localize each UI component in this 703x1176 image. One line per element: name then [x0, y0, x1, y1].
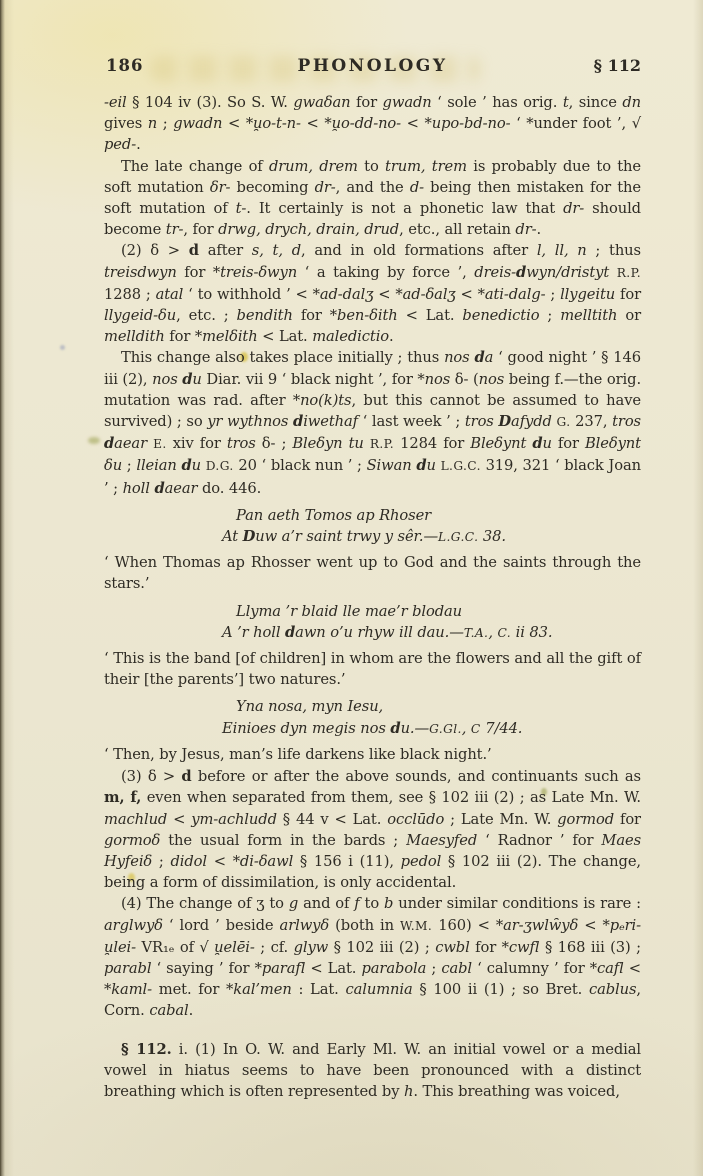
- paper-stain: [88, 437, 100, 444]
- text-run: treisdwyn: [104, 264, 177, 281]
- text-run: drwg, drych, drain, drud: [218, 221, 399, 238]
- text-run: d: [285, 624, 295, 641]
- text-run: melldith: [104, 328, 165, 345]
- section-number: § 112: [594, 56, 641, 75]
- text-run: C.: [497, 626, 511, 640]
- text-run: cwbl: [435, 939, 470, 956]
- text-run: *no(k)ts: [293, 392, 352, 409]
- text-run: aear: [114, 435, 147, 452]
- text-run: d: [182, 371, 192, 388]
- text-run: pedol: [401, 853, 442, 870]
- text-run: bendith: [237, 307, 293, 324]
- text-run: calumnia: [345, 981, 412, 998]
- text-run: glyw: [294, 939, 329, 956]
- text-run: dr-: [515, 221, 536, 238]
- paragraph: (2) δ > d after s, t, d, and in old form…: [104, 240, 641, 347]
- text-run: G.Gl.: [429, 722, 462, 736]
- paragraph: (4) The change of ʒ to g and of f to b u…: [104, 893, 641, 1021]
- text-run: W.M.: [400, 919, 432, 933]
- paragraph: (3) δ > d before or after the above soun…: [104, 766, 641, 893]
- text-run: *nos: [417, 371, 450, 388]
- verse-quote: Yna nosa, myn Iesu,Einioes dyn megis nos…: [104, 696, 641, 739]
- text-run: tros: [612, 413, 641, 430]
- text-run: d: [390, 720, 400, 737]
- text-run: L.G.C.: [438, 530, 478, 544]
- text-run: *melδith: [195, 328, 258, 345]
- text-run: parabola: [361, 960, 426, 977]
- text-run: wyn/dristyt: [526, 264, 609, 281]
- text-run: Bleδynt: [470, 435, 532, 452]
- text-run: cabl: [441, 960, 472, 977]
- text-run: G.: [557, 415, 571, 429]
- text-run: *u̯o-t-n-: [246, 115, 301, 132]
- text-run: R.P.: [370, 437, 394, 451]
- text-run: Llyma ’r blaid lle mae’r blodau: [236, 603, 462, 620]
- text-run: Einioes dyn megis nos: [222, 720, 390, 737]
- verse-line: Einioes dyn megis nos du.—G.Gl., C 7/44.: [222, 718, 641, 740]
- text-run: dr-: [563, 200, 584, 217]
- text-run: *ad-δalʒ: [395, 286, 455, 303]
- text-run: *cwfl: [502, 939, 540, 956]
- running-title: PHONOLOGY: [104, 56, 641, 76]
- translation: ‘ This is the band [of children] in whom…: [104, 648, 641, 690]
- text-run: occlūdo: [387, 811, 444, 828]
- verse-line: Yna nosa, myn Iesu,: [222, 696, 641, 717]
- text-run: machlud: [104, 811, 167, 828]
- text-run: d: [293, 413, 303, 430]
- text-run: awn o’u rhyw ill dau.: [295, 624, 449, 641]
- text-run: *ben-δith: [330, 307, 398, 324]
- text-run: L.G.C.: [441, 459, 481, 473]
- text-run: Yna nosa, myn Iesu,: [236, 698, 383, 715]
- text-run: g: [289, 895, 298, 912]
- page-gutter-shadow: [0, 0, 5, 1176]
- text-run: -eil: [104, 94, 127, 111]
- paragraph: The late change of drum, drem to trum, t…: [104, 156, 641, 241]
- text-run: melltith: [560, 307, 617, 324]
- text-run: dreis-: [474, 264, 516, 281]
- text-run: d: [104, 435, 114, 452]
- text-run: Bleδyn tu: [292, 435, 363, 452]
- text-run: d-: [410, 179, 424, 196]
- text-run: benedictio: [462, 307, 539, 324]
- text-run: R.P.: [617, 266, 641, 280]
- text-run: maledictio: [312, 328, 389, 345]
- text-run: Pan aeth Tomos ap Rhoser: [236, 507, 431, 524]
- text-run: l, ll, n: [537, 242, 587, 259]
- text-block: 186 PHONOLOGY § 112 -eil § 104 iv (3). S…: [104, 56, 641, 1102]
- text-run: yr wythnos: [207, 413, 293, 430]
- text-run: *cafl: [590, 960, 624, 977]
- text-run: a: [485, 349, 494, 366]
- text-run: lleian: [136, 457, 181, 474]
- text-run: u: [542, 435, 551, 452]
- text-run: D: [498, 413, 511, 430]
- text-run: § 112.: [121, 1041, 172, 1058]
- text-run: Siwan: [367, 457, 417, 474]
- text-run: cablus: [589, 981, 636, 998]
- text-run: u: [426, 457, 435, 474]
- paragraph: This change also takes place initially ;…: [104, 347, 641, 498]
- text-run: ped-: [104, 136, 136, 153]
- text-run: tr-: [166, 221, 184, 238]
- text-run: At: [222, 528, 243, 545]
- text-run: d: [416, 457, 426, 474]
- text-run: C: [471, 722, 481, 736]
- text-run: trum, trem: [385, 158, 467, 175]
- text-run: holl: [123, 480, 155, 497]
- page-content: -eil § 104 iv (3). So S. W. gwaδan for g…: [104, 92, 641, 1102]
- verse-line: Llyma ’r blaid lle mae’r blodau: [222, 601, 641, 622]
- text-run: D: [243, 528, 256, 545]
- text-run: u: [192, 457, 201, 474]
- text-run: gwaδan: [293, 94, 350, 111]
- text-run: d: [516, 264, 526, 281]
- translation: ‘ Then, by Jesus, man’s life darkens lik…: [104, 744, 641, 765]
- text-run: t-: [236, 200, 247, 217]
- text-run: llygeid-δu: [104, 307, 176, 324]
- text-run: s, t, d: [252, 242, 301, 259]
- text-run: δr-: [210, 179, 231, 196]
- translation: ‘ When Thomas ap Rhosser went up to God …: [104, 552, 641, 594]
- text-run: afydd: [511, 413, 552, 430]
- text-run: *ar-ʒwlw̑yδ: [496, 917, 578, 934]
- text-run: *u̯o-dd-no-: [324, 115, 401, 132]
- text-run: drum, drem: [269, 158, 358, 175]
- text-run: u̯elēi-: [214, 939, 255, 956]
- text-run: f: [354, 895, 359, 912]
- text-run: d: [181, 457, 191, 474]
- text-run: d: [189, 242, 199, 259]
- text-run: parabl: [104, 960, 151, 977]
- running-header: 186 PHONOLOGY § 112: [104, 56, 641, 80]
- text-run: uw a’r saint trwy y sêr.: [255, 528, 423, 545]
- text-run: u: [192, 371, 201, 388]
- text-run: d: [532, 435, 542, 452]
- text-run: *treis-δwyn: [213, 264, 297, 281]
- text-run: m, f,: [104, 789, 141, 806]
- text-run: nos: [444, 349, 474, 366]
- text-run: D.G.: [206, 459, 234, 473]
- text-run: aear: [165, 480, 198, 497]
- text-run: tros: [227, 435, 256, 452]
- text-run: gormod: [557, 811, 614, 828]
- verse-line: A ’r holl dawn o’u rhyw ill dau.—T.A., C…: [222, 622, 641, 644]
- text-run: cabal: [149, 1002, 188, 1019]
- paragraph: -eil § 104 iv (3). So S. W. gwaδan for g…: [104, 92, 641, 156]
- text-run: dn: [622, 94, 641, 111]
- text-run: T.A.: [464, 626, 489, 640]
- text-run: llygeitu: [560, 286, 615, 303]
- text-run: *kaml-: [104, 981, 152, 998]
- verse-line: Pan aeth Tomos ap Rhoser: [222, 505, 641, 526]
- text-run: d: [181, 768, 191, 785]
- text-run: *ati-dalg-: [478, 286, 546, 303]
- text-run: didol: [170, 853, 207, 870]
- text-run: gwadn: [173, 115, 222, 132]
- text-run: iwethaf: [303, 413, 358, 430]
- text-run: nos: [152, 371, 182, 388]
- text-run: *parafl: [255, 960, 306, 977]
- text-run: *di-δawl: [233, 853, 293, 870]
- text-run: E.: [153, 437, 167, 451]
- text-run: ym-achludd: [191, 811, 277, 828]
- verse-quote: Pan aeth Tomos ap RhoserAt Duw a’r saint…: [104, 505, 641, 548]
- text-run: gwadn: [383, 94, 432, 111]
- text-run: A ’r holl: [222, 624, 285, 641]
- text-run: t: [563, 94, 569, 111]
- verse-line: At Duw a’r saint trwy y sêr.—L.G.C. 38.: [222, 526, 641, 548]
- paper-stain: [60, 345, 65, 350]
- text-run: arlwyδ: [280, 917, 330, 934]
- text-run: n: [148, 115, 157, 132]
- text-run: d: [154, 480, 164, 497]
- text-run: b: [384, 895, 393, 912]
- text-run: atal: [156, 286, 184, 303]
- book-page: 186 PHONOLOGY § 112 -eil § 104 iv (3). S…: [0, 0, 703, 1176]
- text-run: *kal’men: [226, 981, 292, 998]
- text-run: Maesyfed: [406, 832, 477, 849]
- text-run: tros: [465, 413, 499, 430]
- text-run: arglwyδ: [104, 917, 163, 934]
- text-run: u.: [401, 720, 415, 737]
- text-run: gormoδ: [104, 832, 160, 849]
- paragraph: § 112. i. (1) In O. W. and Early Ml. W. …: [104, 1039, 641, 1103]
- text-run: dr-: [315, 179, 336, 196]
- text-run: nos: [479, 371, 505, 388]
- verse-quote: Llyma ’r blaid lle mae’r blodauA ’r holl…: [104, 601, 641, 644]
- text-run: h: [404, 1083, 413, 1100]
- text-run: *upo-bd-no-: [425, 115, 511, 132]
- text-run: *ad-dalʒ: [313, 286, 374, 303]
- text-run: d: [474, 349, 484, 366]
